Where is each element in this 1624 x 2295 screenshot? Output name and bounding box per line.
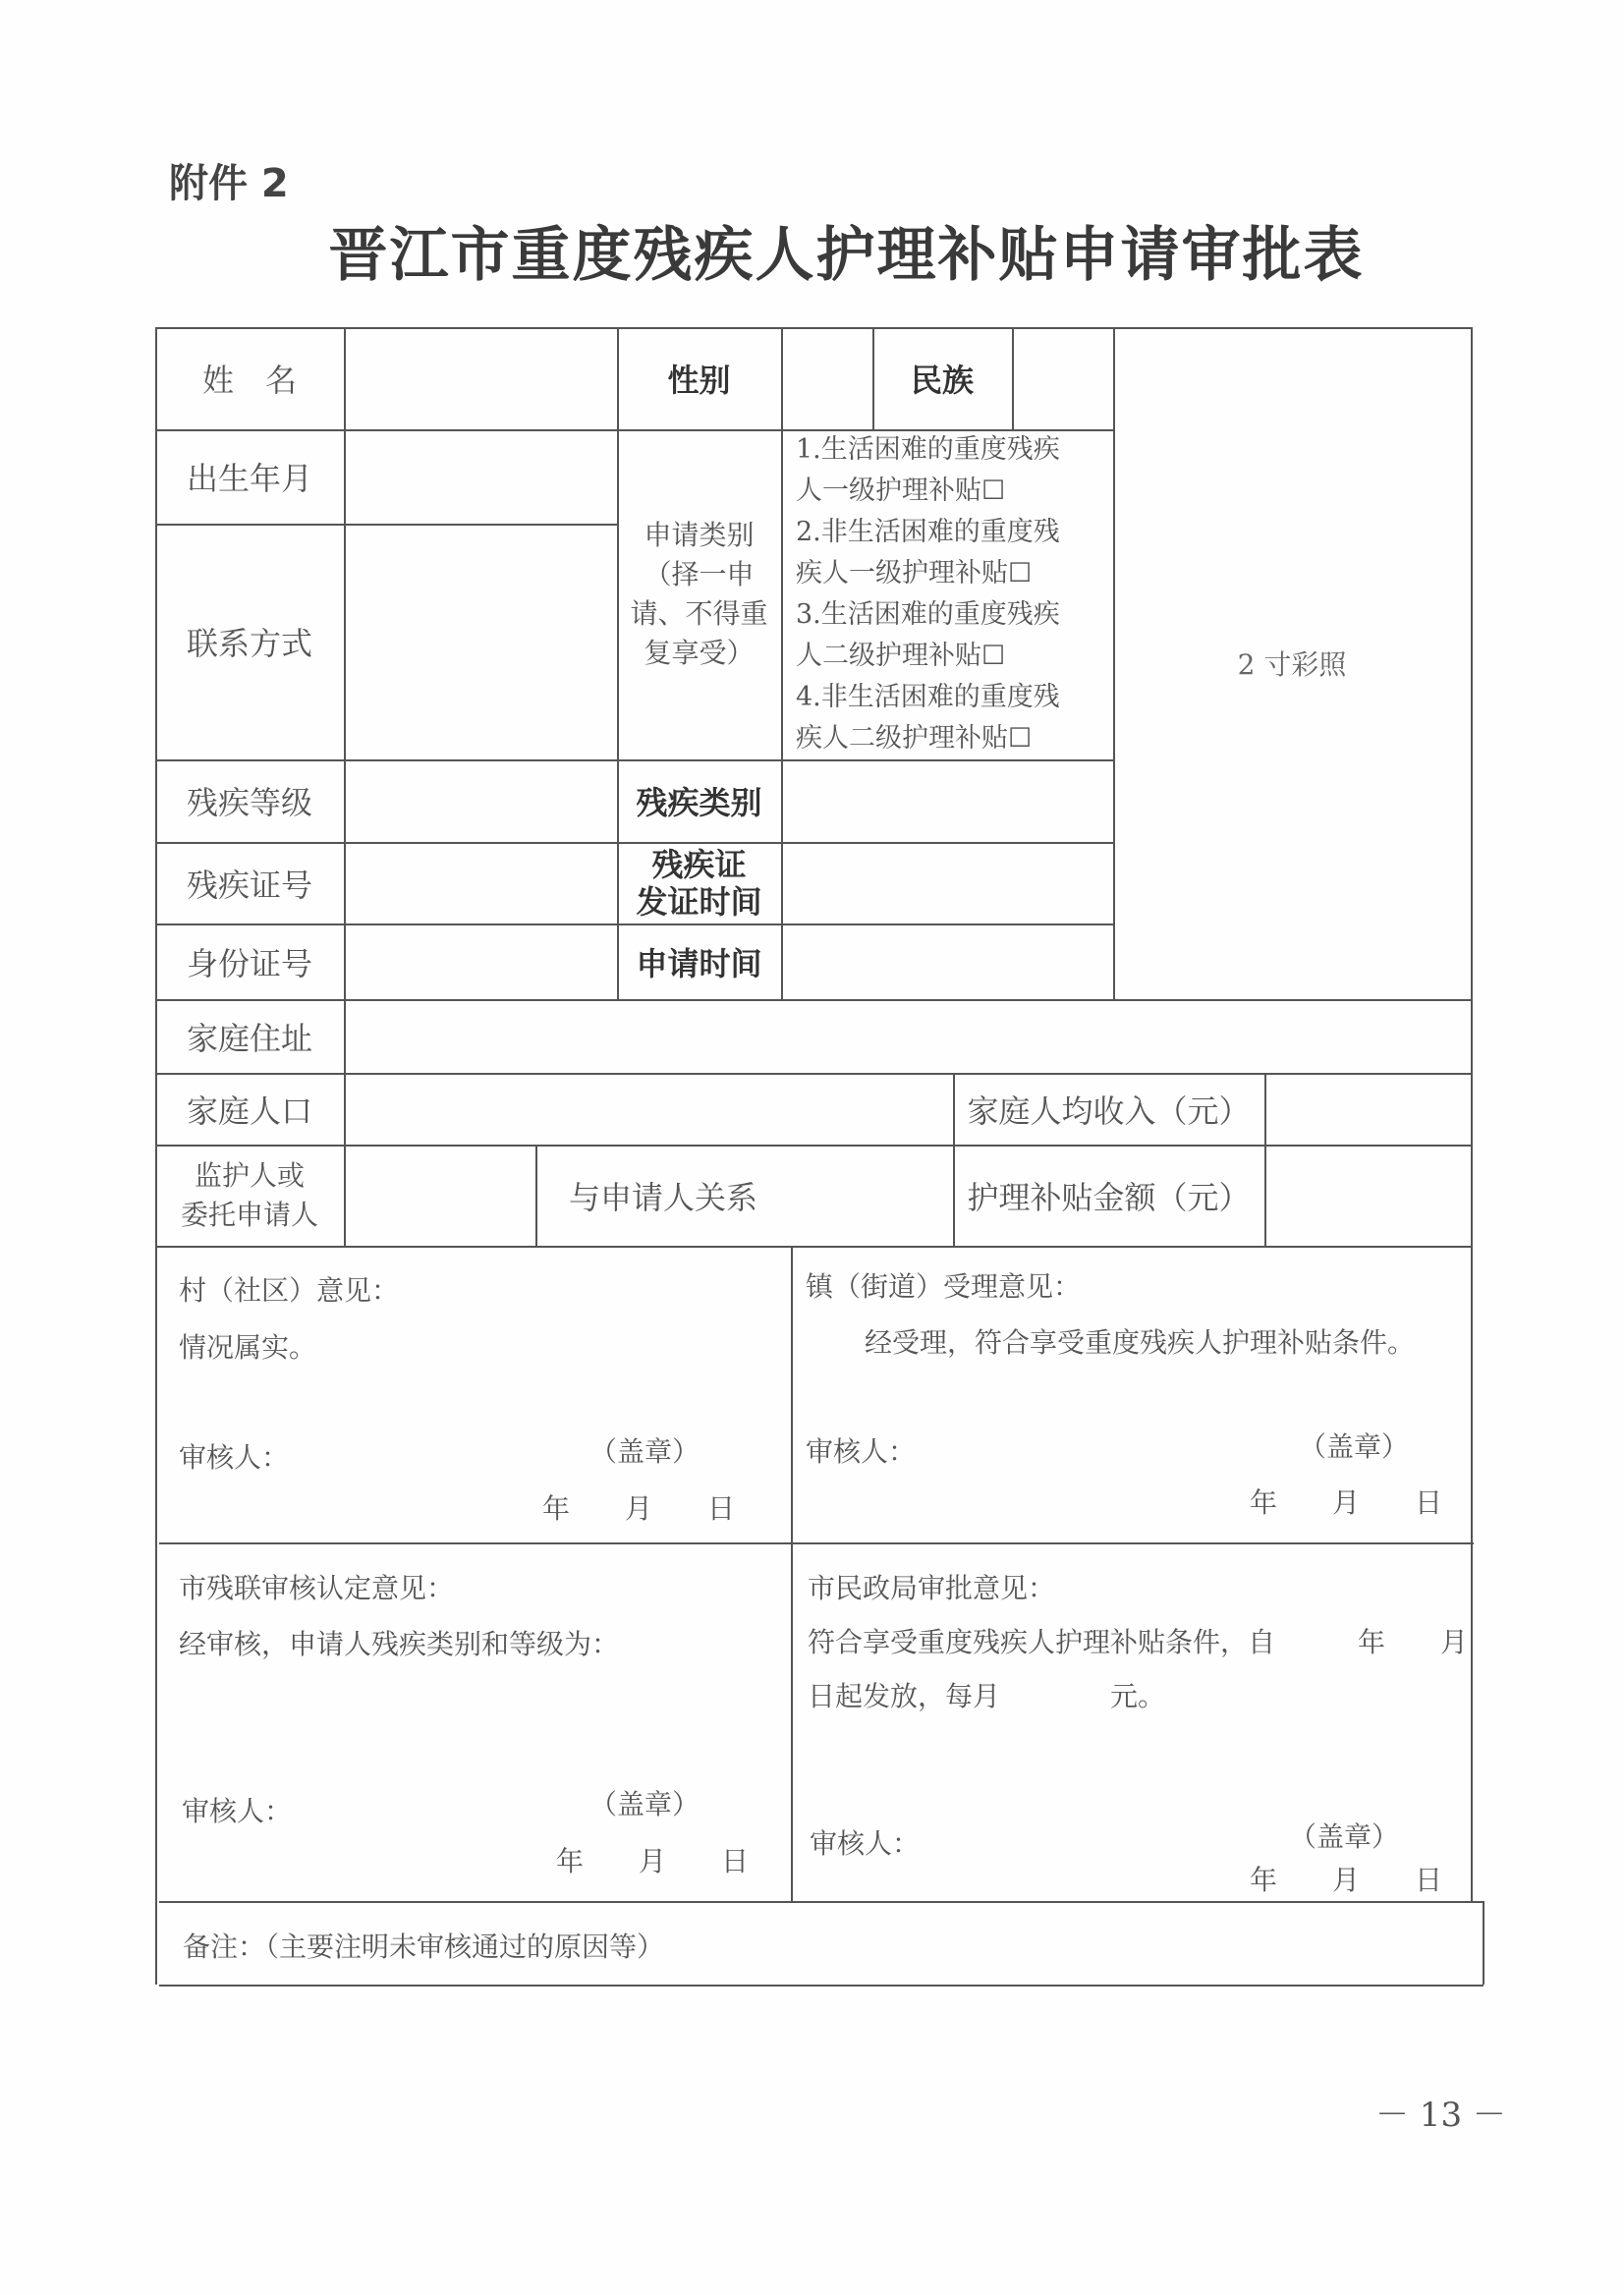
federation-date: 年 月 日 [556, 1840, 749, 1879]
birth-field[interactable] [344, 429, 617, 524]
town-seal: （盖章） [1299, 1426, 1409, 1465]
civil-affairs-date: 年 月 日 [1250, 1859, 1442, 1898]
apply-time-field[interactable] [781, 924, 1113, 999]
town-reviewer: 审核人： [806, 1430, 916, 1470]
federation-reviewer: 审核人： [182, 1790, 292, 1829]
category-options: 1.生活困难的重度残疾人一级护理补贴☐ 2.非生活困难的重度残疾人一级护理补贴☐… [796, 429, 1110, 759]
grid-line [791, 1246, 793, 1901]
household-size-label: 家庭人口 [155, 1073, 344, 1145]
grid-line [1483, 1901, 1484, 1985]
disability-type-label: 残疾类别 [617, 759, 781, 842]
guardian-label: 监护人或 委托申请人 [155, 1145, 344, 1246]
gender-field[interactable] [781, 327, 872, 429]
grid-line [155, 1246, 1472, 1248]
per-capita-income-field[interactable] [1264, 1073, 1471, 1145]
gender-label: 性别 [617, 327, 781, 429]
ethnicity-field[interactable] [1012, 327, 1113, 429]
category-option-2[interactable]: 2.非生活困难的重度残疾人一级护理补贴☐ [796, 512, 1110, 594]
name-label: 姓 名 [155, 327, 344, 429]
disability-level-label: 残疾等级 [155, 759, 344, 842]
federation-opinion-heading: 市残联审核认定意见： [179, 1567, 454, 1606]
civil-affairs-reviewer: 审核人： [810, 1822, 920, 1862]
subsidy-amount-field[interactable] [1264, 1145, 1471, 1246]
grid-line [159, 1901, 1484, 1903]
disability-type-field[interactable] [781, 759, 1113, 842]
village-opinion-body: 情况属实。 [179, 1326, 316, 1366]
household-size-field[interactable] [344, 1073, 953, 1145]
category-option-3[interactable]: 3.生活困难的重度残疾人二级护理补贴☐ [796, 594, 1110, 677]
disability-level-field[interactable] [344, 759, 617, 842]
civil-affairs-seal: （盖章） [1289, 1816, 1399, 1855]
category-option-4[interactable]: 4.非生活困难的重度残疾人二级护理补贴☐ [796, 677, 1110, 759]
apply-time-label: 申请时间 [617, 924, 781, 999]
village-reviewer: 审核人： [179, 1436, 289, 1476]
contact-label: 联系方式 [155, 524, 344, 759]
page-number: － 13 － [1375, 2088, 1506, 2136]
town-opinion-body: 经受理，符合享受重度残疾人护理补贴条件。 [865, 1321, 1415, 1361]
category-option-1[interactable]: 1.生活困难的重度残疾人一级护理补贴☐ [796, 429, 1110, 512]
application-category-label: 申请类别 （择一申 请、不得重 复享受） [617, 429, 781, 759]
relation-field[interactable] [791, 1145, 953, 1246]
remarks[interactable]: 备注：（主要注明未审核通过的原因等） [183, 1926, 664, 1965]
grid-line [159, 1985, 1484, 1987]
form-title: 晋江市重度残疾人护理补贴申请审批表 [0, 208, 1624, 293]
relation-label: 与申请人关系 [535, 1145, 791, 1246]
id-no-field[interactable] [344, 924, 617, 999]
civil-affairs-opinion-heading: 市民政局审批意见： [808, 1567, 1055, 1606]
disability-cert-no-label: 残疾证号 [155, 842, 344, 924]
id-no-label: 身份证号 [155, 924, 344, 999]
photo-box[interactable]: 2 寸彩照 [1113, 327, 1471, 999]
federation-seal: （盖章） [589, 1783, 700, 1822]
contact-field[interactable] [344, 524, 617, 759]
village-date: 年 月 日 [542, 1487, 735, 1527]
category-label-line: 请、不得重 [630, 594, 767, 634]
category-label-line: 申请类别 [644, 516, 754, 555]
grid-line [159, 1542, 1474, 1544]
village-seal: （盖章） [589, 1430, 700, 1470]
annex-label: 附件 2 [169, 152, 289, 208]
cert-issue-time-field[interactable] [781, 842, 1113, 924]
cert-issue-time-label: 残疾证 发证时间 [617, 842, 781, 924]
grid-line [1471, 327, 1473, 1901]
address-field[interactable] [344, 999, 1471, 1073]
village-opinion-heading: 村（社区）意见： [179, 1269, 399, 1309]
town-date: 年 月 日 [1250, 1482, 1442, 1521]
per-capita-income-label: 家庭人均收入（元） [953, 1073, 1264, 1145]
address-label: 家庭住址 [155, 999, 344, 1073]
category-label-line: 复享受） [644, 634, 754, 673]
disability-cert-no-field[interactable] [344, 842, 617, 924]
subsidy-amount-label: 护理补贴金额（元） [953, 1145, 1264, 1246]
category-label-line: （择一申 [644, 555, 754, 594]
guardian-field[interactable] [344, 1145, 535, 1246]
civil-affairs-opinion-body-line1: 符合享受重度残疾人护理补贴条件，自 年 月 [808, 1621, 1468, 1660]
federation-opinion-body: 经审核，申请人残疾类别和等级为： [179, 1623, 619, 1662]
name-field[interactable] [344, 327, 617, 429]
civil-affairs-opinion-body-line2: 日起发放，每月 元。 [808, 1675, 1165, 1714]
photo-label: 2 寸彩照 [1238, 644, 1347, 683]
birth-label: 出生年月 [155, 429, 344, 524]
town-opinion-heading: 镇（街道）受理意见： [806, 1265, 1081, 1305]
ethnicity-label: 民族 [872, 327, 1012, 429]
